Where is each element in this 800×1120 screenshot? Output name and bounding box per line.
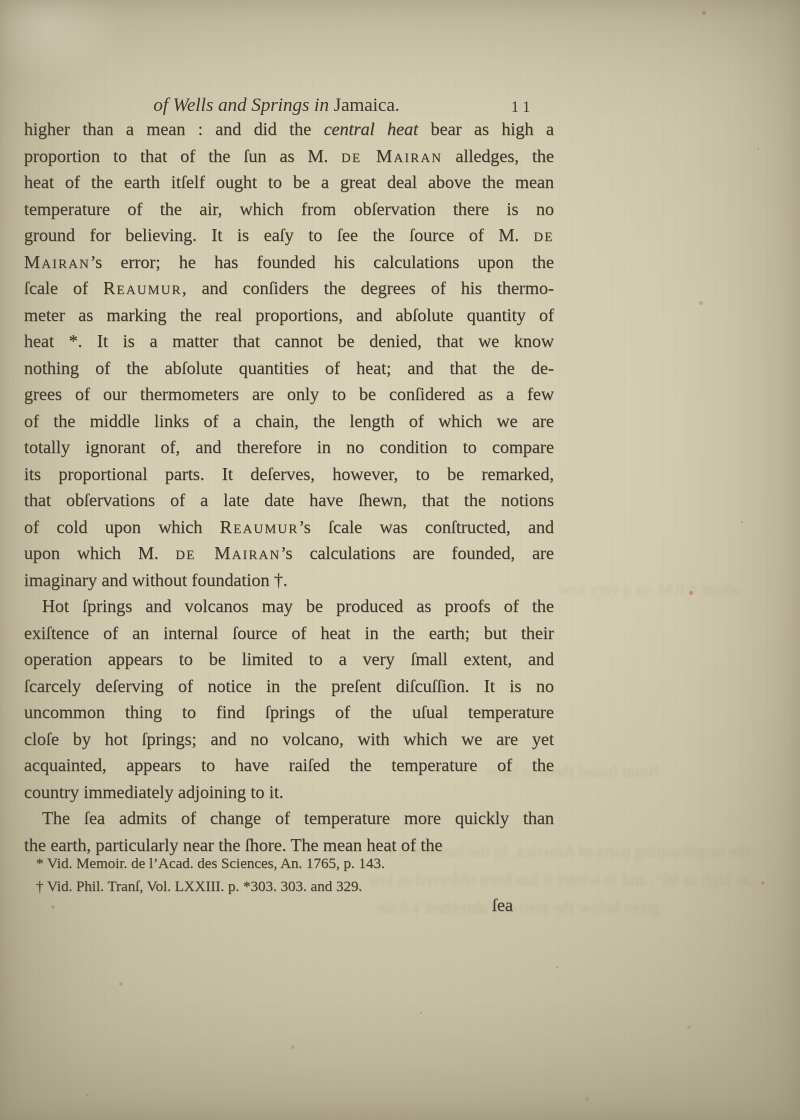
text-segment: upon which M. (24, 543, 176, 563)
book-page-scan: about 4 P.M. or a very lowNoon found the… (0, 0, 800, 1120)
text-line: Hot ſprings and volcanos may be produced… (24, 593, 554, 620)
text-segment: , and conſiders the degrees of his therm… (182, 278, 554, 298)
text-segment: ’s error; he has founded his calculation… (90, 252, 554, 272)
footnotes: * Vid. Memoir. de l’Acad. des Sciences, … (24, 853, 554, 899)
text-segment: heat of the earth itſelf ought to be a g… (24, 172, 554, 192)
text-segment: central heat (324, 119, 418, 139)
paper-specks (0, 0, 2, 2)
text-line: totally ignorant of, and therefore in no… (24, 434, 554, 461)
text-segment: nothing of the abſolute quantities of he… (24, 358, 554, 378)
text-segment: grees of our thermometers are only to be… (24, 384, 554, 404)
catchword: ſea (492, 895, 513, 916)
body-text: higher than a mean : and did the central… (24, 116, 554, 858)
text-segment: meter as marking the real proportions, a… (24, 305, 554, 325)
text-segment: temperature of the air, which from obſer… (24, 199, 554, 219)
text-segment: bear as high a (418, 119, 554, 139)
paragraph: higher than a mean : and did the central… (24, 116, 554, 593)
text-segment: that obſervations of a late date have ſh… (24, 490, 554, 510)
footnote: † Vid. Phil. Tranſ, Vol. LXXIII. p. *303… (24, 876, 554, 899)
text-segment: de Mairan (341, 146, 442, 166)
paragraph: The ſea admits of change of temperature … (24, 805, 554, 858)
text-segment: alledges, the (442, 146, 554, 166)
text-segment: Reaumur (220, 517, 299, 537)
text-segment: uncommon thing to find ſprings of the uſ… (24, 702, 554, 722)
text-segment: Mairan (24, 252, 90, 272)
text-line: of the middle links of a chain, the leng… (24, 408, 554, 435)
text-segment: ground for believing. It is eaſy to ſee … (24, 225, 534, 245)
text-line: Mairan’s error; he has founded his calcu… (24, 249, 554, 276)
text-segment: exiſtence of an internal ſource of heat … (24, 623, 554, 643)
text-line: heat *. It is a matter that cannot be de… (24, 328, 554, 355)
text-segment: ’s calculations are founded, are (281, 543, 554, 563)
text-segment: of cold upon which (24, 517, 220, 537)
paper-corner-highlight (0, 0, 120, 80)
text-line: proportion to that of the ſun as M. de M… (24, 143, 554, 170)
text-line: cloſe by hot ſprings; and no volcano, wi… (24, 726, 554, 753)
text-line: meter as marking the real proportions, a… (24, 302, 554, 329)
text-line: imaginary and without foundation †. (24, 567, 554, 594)
text-line: uncommon thing to find ſprings of the uſ… (24, 699, 554, 726)
text-line: temperature of the air, which from obſer… (24, 196, 554, 223)
footnote: * Vid. Memoir. de l’Acad. des Sciences, … (24, 853, 554, 876)
text-line: grees of our thermometers are only to be… (24, 381, 554, 408)
text-line: acquainted, appears to have raiſed the t… (24, 752, 554, 779)
text-segment: ’s ſcale was conſtructed, and (299, 517, 554, 537)
text-segment: Hot ſprings and volcanos may be produced… (42, 596, 554, 616)
text-segment: of the middle links of a chain, the leng… (24, 411, 554, 431)
text-segment: imaginary and without foundation †. (24, 570, 287, 590)
text-line: of cold upon which Reaumur’s ſcale was c… (24, 514, 554, 541)
text-segment: heat *. It is a matter that cannot be de… (24, 331, 554, 351)
text-segment: cloſe by hot ſprings; and no volcano, wi… (24, 729, 554, 749)
text-segment: higher than a mean : and did the (24, 119, 324, 139)
text-segment: operation appears to be limited to a ver… (24, 649, 554, 669)
text-segment: acquainted, appears to have raiſed the t… (24, 755, 554, 775)
text-segment: The ſea admits of change of temperature … (42, 808, 554, 828)
text-segment: of Wells and Springs in (153, 95, 333, 116)
paragraph: Hot ſprings and volcanos may be produced… (24, 593, 554, 805)
running-header: of Wells and Springs in Jamaica. (24, 95, 529, 117)
showthrough-text: grees below the zero of Fahrenheit’s ſca… (160, 898, 660, 918)
text-line: exiſtence of an internal ſource of heat … (24, 620, 554, 647)
text-line: operation appears to be limited to a ver… (24, 646, 554, 673)
text-segment: the earth, particularly near the ſhore. … (24, 835, 442, 855)
text-segment: ſcarcely deſerving of notice in the preſ… (24, 676, 554, 696)
text-line: nothing of the abſolute quantities of he… (24, 355, 554, 382)
text-segment: de Mairan (176, 543, 281, 563)
text-line: The ſea admits of change of temperature … (24, 805, 554, 832)
text-segment: its proportional parts. It deſerves, how… (24, 464, 554, 484)
text-segment: country immediately adjoining to it. (24, 782, 283, 802)
text-line: that obſervations of a late date have ſh… (24, 487, 554, 514)
text-segment: ſcale of (24, 278, 103, 298)
text-line: ſcale of Reaumur, and conſiders the degr… (24, 275, 554, 302)
text-line: its proportional parts. It deſerves, how… (24, 461, 554, 488)
text-segment: Jamaica. (334, 95, 400, 116)
text-line: country immediately adjoining to it. (24, 779, 554, 806)
page-number: 11 (511, 99, 534, 117)
text-line: upon which M. de Mairan’s calculations a… (24, 540, 554, 567)
text-segment: totally ignorant of, and therefore in no… (24, 437, 554, 457)
text-segment: proportion to that of the ſun as M. (24, 146, 341, 166)
text-line: ground for believing. It is eaſy to ſee … (24, 222, 554, 249)
text-segment: de (534, 225, 554, 245)
text-line: ſcarcely deſerving of notice in the preſ… (24, 673, 554, 700)
text-segment: Reaumur (103, 278, 182, 298)
text-line: heat of the earth itſelf ought to be a g… (24, 169, 554, 196)
text-line: higher than a mean : and did the central… (24, 116, 554, 143)
